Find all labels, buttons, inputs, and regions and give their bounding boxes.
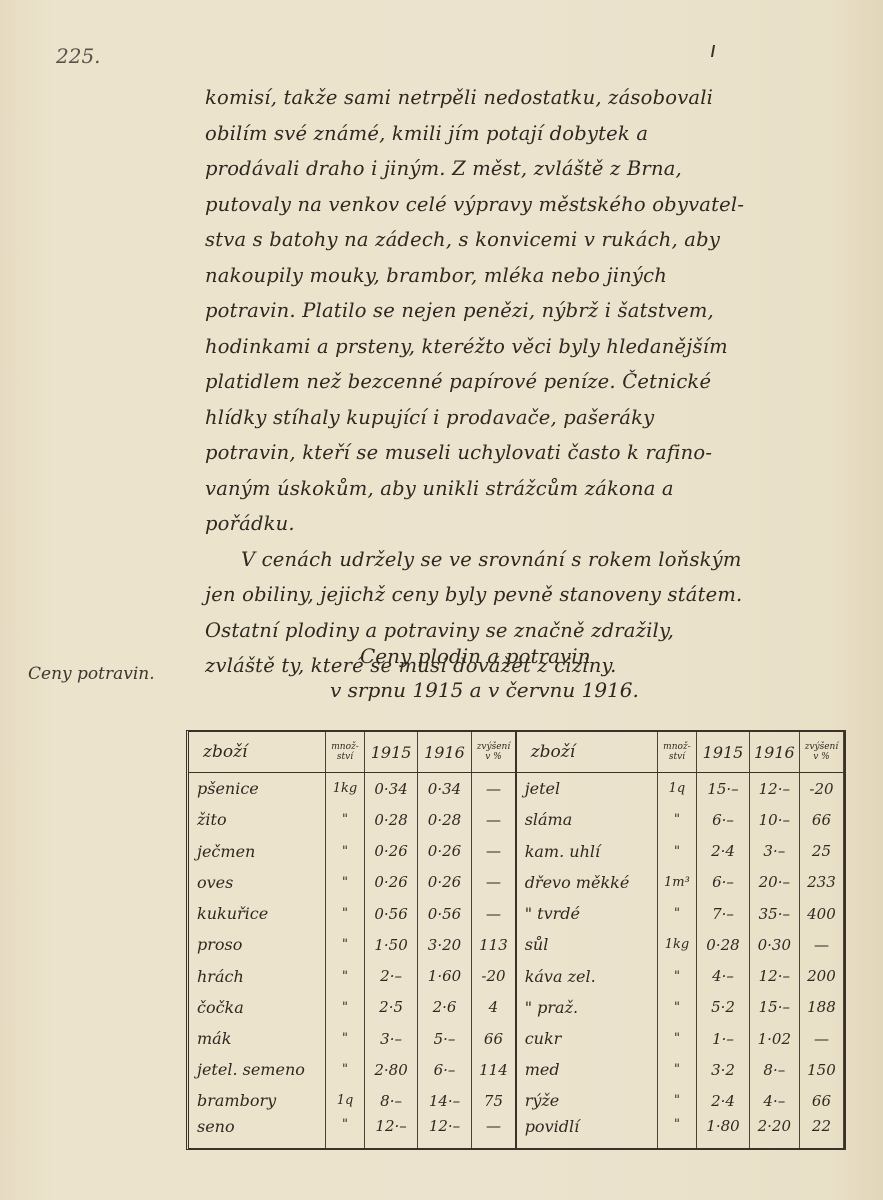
cell-price-1915: 15·– — [697, 773, 749, 805]
cell-price-1916: 20·– — [749, 867, 799, 898]
cell-increase-pct: 114 — [472, 1054, 516, 1085]
cell-item: kukuřice — [189, 898, 325, 929]
cell-item: brambory — [189, 1085, 325, 1116]
table-row: žito"0·280·28—sláma"6·–10·–66 — [189, 804, 844, 835]
cell-quantity: " — [325, 836, 365, 867]
cell-item: " praž. — [516, 992, 657, 1023]
text-line: komisí, takže sami netrpěli nedostatku, … — [205, 80, 855, 116]
cell-quantity: " — [325, 1023, 365, 1054]
cell-quantity: " — [657, 804, 697, 835]
cell-price-1916: 3·20 — [417, 929, 471, 960]
handwritten-paragraph: komisí, takže sami netrpěli nedostatku, … — [205, 80, 855, 684]
cell-quantity: " — [325, 804, 365, 835]
cell-price-1916: 1·02 — [749, 1023, 799, 1054]
cell-increase-pct: 25 — [799, 836, 843, 867]
header-item: zboží — [516, 732, 657, 773]
text-line: nakoupily mouky, brambor, mléka nebo jin… — [205, 258, 855, 294]
cell-item: žito — [189, 804, 325, 835]
cell-price-1915: 8·– — [365, 1085, 417, 1116]
cell-increase-pct: 400 — [799, 898, 843, 929]
cell-item: kam. uhlí — [516, 836, 657, 867]
cell-quantity: " — [325, 992, 365, 1023]
cell-item: jetel — [516, 773, 657, 805]
header-quantity: množ-ství — [325, 732, 365, 773]
cell-quantity: " — [325, 960, 365, 991]
table-row: ječmen"0·260·26—kam. uhlí"2·43·–25 — [189, 836, 844, 867]
text-line: pořádku. — [205, 506, 855, 542]
cell-item: mák — [189, 1023, 325, 1054]
cell-increase-pct: — — [799, 929, 843, 960]
table-row: kukuřice"0·560·56—" tvrdé"7·–35·–400 — [189, 898, 844, 929]
text-line: potravin, kteří se museli uchylovati čas… — [205, 435, 855, 471]
cell-price-1915: 0·34 — [365, 773, 417, 805]
cell-quantity: 1kg — [657, 929, 697, 960]
cell-price-1915: 12·– — [365, 1117, 417, 1148]
cell-price-1915: 0·28 — [697, 929, 749, 960]
cell-item: proso — [189, 929, 325, 960]
cell-item: " tvrdé — [516, 898, 657, 929]
cell-item: seno — [189, 1117, 325, 1148]
cell-price-1916: 0·30 — [749, 929, 799, 960]
cell-price-1915: 3·2 — [697, 1054, 749, 1085]
text-line: stva s batohy na zádech, s konvicemi v r… — [205, 222, 855, 258]
cell-quantity: " — [657, 836, 697, 867]
text-line: potravin. Platilo se nejen penězi, nýbrž… — [205, 293, 855, 329]
text-line: hlídky stíhaly kupující i prodavače, paš… — [205, 400, 855, 436]
cell-increase-pct: 66 — [799, 804, 843, 835]
cell-quantity: " — [325, 929, 365, 960]
table-subtitle: v srpnu 1915 a v červnu 1916. — [330, 678, 639, 702]
cell-price-1915: 6·– — [697, 867, 749, 898]
text-line: hodinkami a prsteny, kteréžto věci byly … — [205, 329, 855, 365]
cell-quantity: " — [657, 1117, 697, 1148]
cell-increase-pct: 4 — [472, 992, 516, 1023]
cell-price-1916: 12·– — [749, 773, 799, 805]
cell-price-1915: 1·80 — [697, 1117, 749, 1148]
header-quantity: množ-ství — [657, 732, 697, 773]
cell-price-1915: 6·– — [697, 804, 749, 835]
text-line: jen obiliny, jejichž ceny byly pevně sta… — [205, 577, 855, 613]
cell-price-1915: 2·4 — [697, 836, 749, 867]
table-row: mák"3·–5·–66cukr"1·–1·02— — [189, 1023, 844, 1054]
header-item: zboží — [189, 732, 325, 773]
cell-increase-pct: — — [472, 836, 516, 867]
cell-item: sůl — [516, 929, 657, 960]
cell-increase-pct: — — [472, 773, 516, 805]
cell-quantity: " — [325, 867, 365, 898]
cell-quantity: 1kg — [325, 773, 365, 805]
table-row: čočka"2·52·64" praž."5·215·–188 — [189, 992, 844, 1023]
cell-price-1915: 7·– — [697, 898, 749, 929]
cell-increase-pct: — — [472, 867, 516, 898]
cell-increase-pct: -20 — [472, 960, 516, 991]
cell-price-1916: 10·– — [749, 804, 799, 835]
cell-quantity: " — [657, 1054, 697, 1085]
cell-quantity: 1q — [325, 1085, 365, 1116]
cell-item: rýže — [516, 1085, 657, 1116]
header-increase: zvýšení v % — [799, 732, 843, 773]
cell-price-1915: 2·– — [365, 960, 417, 991]
cell-price-1916: 2·20 — [749, 1117, 799, 1148]
cell-price-1915: 4·– — [697, 960, 749, 991]
cell-increase-pct: — — [472, 1117, 516, 1148]
cell-price-1915: 2·5 — [365, 992, 417, 1023]
cell-item: cukr — [516, 1023, 657, 1054]
cell-quantity: " — [657, 898, 697, 929]
text-line: obilím své známé, kmili jím potají dobyt… — [205, 116, 855, 152]
table-row: pšenice1kg0·340·34—jetel1q15·–12·–-20 — [189, 773, 844, 805]
cell-price-1916: 6·– — [417, 1054, 471, 1085]
text-line: platidlem než bezcenné papírové peníze. … — [205, 364, 855, 400]
cell-price-1916: 0·34 — [417, 773, 471, 805]
cell-price-1916: 35·– — [749, 898, 799, 929]
cell-item: pšenice — [189, 773, 325, 805]
cell-increase-pct: 66 — [472, 1023, 516, 1054]
cell-price-1916: 5·– — [417, 1023, 471, 1054]
cell-item: hrách — [189, 960, 325, 991]
page-number: 225. — [56, 44, 101, 68]
header-increase: zvýšení v % — [472, 732, 516, 773]
cell-price-1916: 2·6 — [417, 992, 471, 1023]
cell-item: med — [516, 1054, 657, 1085]
cell-quantity: " — [657, 992, 697, 1023]
cell-price-1916: 0·26 — [417, 836, 471, 867]
header-1916: 1916 — [749, 732, 799, 773]
cell-quantity: " — [657, 1023, 697, 1054]
table-row: hrách"2·–1·60-20káva zel."4·–12·–200 — [189, 960, 844, 991]
cell-quantity: 1m³ — [657, 867, 697, 898]
cell-item: povidlí — [516, 1117, 657, 1148]
cell-increase-pct: 113 — [472, 929, 516, 960]
header-1915: 1915 — [697, 732, 749, 773]
cell-increase-pct: — — [799, 1023, 843, 1054]
cell-quantity: 1q — [657, 773, 697, 805]
cell-quantity: " — [325, 1054, 365, 1085]
price-table-frame: zboží množ-ství 1915 1916 zvýšení v % zb… — [186, 730, 846, 1150]
cell-price-1916: 1·60 — [417, 960, 471, 991]
table-row: proso"1·503·20113sůl1kg0·280·30— — [189, 929, 844, 960]
table-row: oves"0·260·26—dřevo měkké1m³6·–20·–233 — [189, 867, 844, 898]
cell-price-1916: 14·– — [417, 1085, 471, 1116]
price-table: zboží množ-ství 1915 1916 zvýšení v % zb… — [189, 732, 844, 1148]
cell-price-1916: 12·– — [417, 1117, 471, 1148]
cell-price-1915: 1·– — [697, 1023, 749, 1054]
cell-price-1916: 0·28 — [417, 804, 471, 835]
cell-quantity: " — [657, 1085, 697, 1116]
text-line: vaným úskokům, aby unikli strážcům zákon… — [205, 471, 855, 507]
header-1915: 1915 — [365, 732, 417, 773]
cell-increase-pct: 188 — [799, 992, 843, 1023]
cell-price-1916: 12·– — [749, 960, 799, 991]
cell-price-1916: 3·– — [749, 836, 799, 867]
table-row: seno"12·–12·–—povidlí"1·802·2022 — [189, 1117, 844, 1148]
cell-price-1915: 0·56 — [365, 898, 417, 929]
text-line: putovaly na venkov celé výpravy městskéh… — [205, 187, 855, 223]
cell-price-1915: 0·28 — [365, 804, 417, 835]
text-line: prodávali draho i jiným. Z měst, zvláště… — [205, 151, 855, 187]
cell-increase-pct: -20 — [799, 773, 843, 805]
cell-item: čočka — [189, 992, 325, 1023]
cell-price-1915: 3·– — [365, 1023, 417, 1054]
cell-item: ječmen — [189, 836, 325, 867]
ink-mark — [711, 45, 715, 57]
cell-price-1916: 4·– — [749, 1085, 799, 1116]
cell-price-1916: 0·26 — [417, 867, 471, 898]
margin-note: Ceny potravin. — [28, 664, 155, 684]
cell-increase-pct: 22 — [799, 1117, 843, 1148]
cell-quantity: " — [657, 960, 697, 991]
cell-price-1915: 1·50 — [365, 929, 417, 960]
cell-price-1915: 0·26 — [365, 867, 417, 898]
cell-increase-pct: 200 — [799, 960, 843, 991]
cell-increase-pct: — — [472, 804, 516, 835]
cell-item: oves — [189, 867, 325, 898]
cell-price-1916: 0·56 — [417, 898, 471, 929]
cell-price-1915: 0·26 — [365, 836, 417, 867]
cell-price-1915: 5·2 — [697, 992, 749, 1023]
cell-price-1915: 2·4 — [697, 1085, 749, 1116]
cell-item: sláma — [516, 804, 657, 835]
cell-item: jetel. semeno — [189, 1054, 325, 1085]
cell-price-1916: 15·– — [749, 992, 799, 1023]
table-row: jetel. semeno"2·806·–114med"3·28·–150 — [189, 1054, 844, 1085]
table-row: brambory1q8·–14·–75rýže"2·44·–66 — [189, 1085, 844, 1116]
cell-increase-pct: 66 — [799, 1085, 843, 1116]
cell-item: dřevo měkké — [516, 867, 657, 898]
cell-quantity: " — [325, 1117, 365, 1148]
cell-increase-pct: 150 — [799, 1054, 843, 1085]
cell-quantity: " — [325, 898, 365, 929]
cell-price-1915: 2·80 — [365, 1054, 417, 1085]
text-line: Ostatní plodiny a potraviny se značně zd… — [205, 613, 855, 649]
header-1916: 1916 — [417, 732, 471, 773]
text-line: V cenách udržely se ve srovnání s rokem … — [205, 542, 855, 578]
table-title: Ceny plodin a potravin — [360, 644, 591, 668]
cell-increase-pct: 75 — [472, 1085, 516, 1116]
table-header-row: zboží množ-ství 1915 1916 zvýšení v % zb… — [189, 732, 844, 773]
cell-price-1916: 8·– — [749, 1054, 799, 1085]
cell-increase-pct: — — [472, 898, 516, 929]
cell-increase-pct: 233 — [799, 867, 843, 898]
cell-item: káva zel. — [516, 960, 657, 991]
